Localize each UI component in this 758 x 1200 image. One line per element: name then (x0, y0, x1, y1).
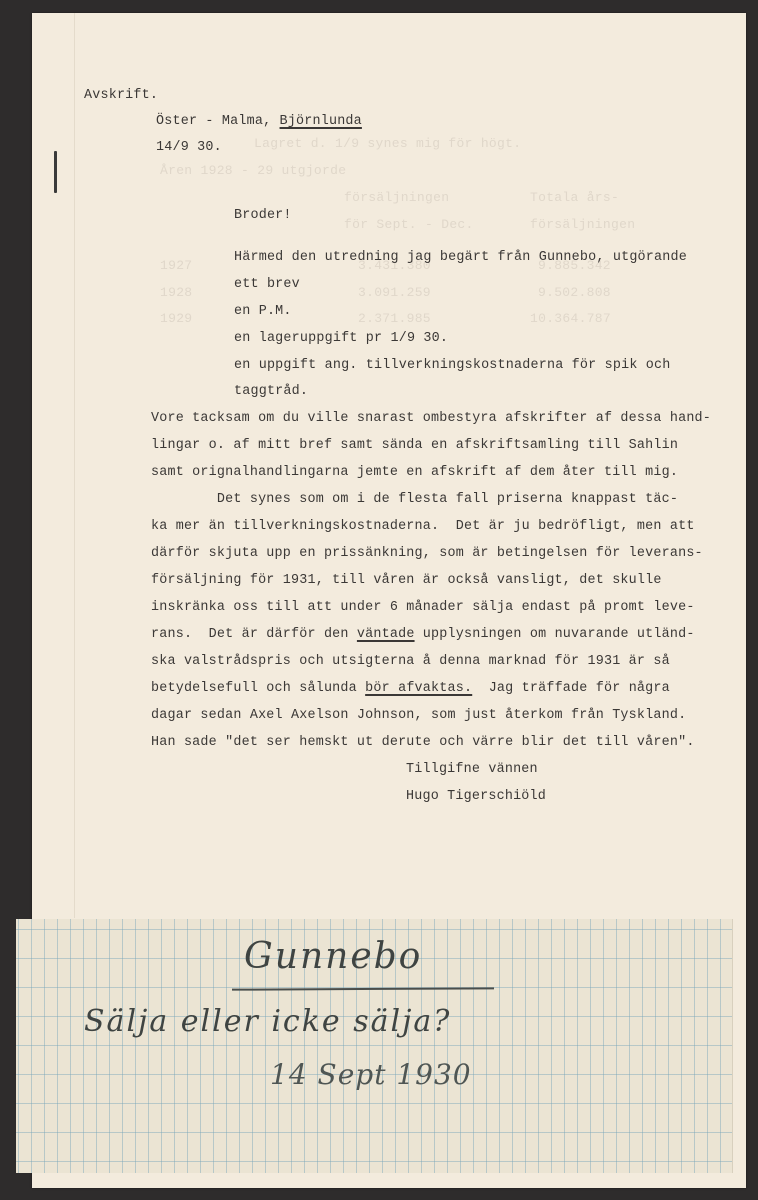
bleed-through-year: 1929 (160, 311, 192, 326)
bleed-through-header: försäljningen (344, 190, 449, 205)
paragraph-line: samt orignalhandlingarna jemte en afskri… (151, 465, 678, 481)
bleed-through-value: 9.502.808 (538, 285, 611, 300)
paragraph-line: ska valstrådspris och utsigterna å denna… (151, 654, 670, 670)
bleed-through-year: 1928 (160, 285, 192, 300)
margin-mark (54, 151, 57, 193)
paper-fold-line (74, 13, 75, 918)
paragraph-line: ka mer än tillverkningskostnaderna. Det … (151, 519, 695, 535)
place-line: Öster - Malma, Björnlunda (156, 114, 362, 130)
enclosure-item: taggtråd. (234, 384, 308, 400)
bleed-through-year: 1927 (160, 258, 192, 273)
bleed-through-value: 10.364.787 (530, 311, 611, 326)
enclosures-intro: Härmed den utredning jag begärt från Gun… (234, 250, 687, 266)
underlined-phrase: bör afvaktas. (365, 681, 472, 696)
place: Öster - Malma, (156, 114, 280, 129)
paragraph-line: försäljning för 1931, till våren är ocks… (151, 573, 662, 589)
note-question: Sälja eller icke sälja? (84, 1004, 451, 1039)
note-date: 14 Sept 1930 (270, 1058, 472, 1091)
letter-date: 14/9 30. (156, 140, 222, 156)
note-title: Gunnebo (244, 936, 422, 977)
enclosure-item: en lageruppgift pr 1/9 30. (234, 331, 448, 347)
underlined-word: väntade (357, 627, 415, 642)
bleed-through-value: 2.371.985 (358, 311, 431, 326)
bleed-through-header: Totala års- (530, 190, 619, 205)
enclosure-item: ett brev (234, 277, 300, 293)
salutation: Broder! (234, 208, 292, 224)
enclosure-item: en P.M. (234, 304, 292, 320)
text-segment: betydelsefull och sålunda (151, 681, 365, 696)
paragraph-line: dagar sedan Axel Axelson Johnson, som ju… (151, 708, 686, 724)
paragraph-line: betydelsefull och sålunda bör afvaktas. … (151, 681, 670, 697)
text-segment: Jag träffade för några (472, 681, 670, 696)
paragraph-line: lingar o. af mitt bref samt sända en afs… (151, 438, 678, 454)
text-segment: upplysningen om nuvarande utländ- (415, 627, 695, 642)
bleed-through-header: för Sept. - Dec. (344, 217, 474, 232)
bleed-through-line: Lagret d. 1/9 synes mig för högt. (254, 136, 521, 151)
signature: Hugo Tigerschiöld (406, 789, 546, 805)
paragraph-line: därför skjuta upp en prissänkning, som ä… (151, 546, 703, 562)
closing: Tillgifne vännen (406, 762, 538, 778)
document-header-label: Avskrift. (84, 88, 158, 104)
place-underlined: Björnlunda (280, 114, 362, 129)
enclosure-item: en uppgift ang. tillverkningskostnaderna… (234, 358, 671, 374)
bleed-through-value: 3.091.259 (358, 285, 431, 300)
bleed-through-header: försäljningen (530, 217, 635, 232)
paragraph-line: rans. Det är därför den väntade upplysni… (151, 627, 695, 643)
paragraph-line: Det synes som om i de flesta fall priser… (151, 492, 678, 508)
paragraph-line: Han sade "det ser hemskt ut derute och v… (151, 735, 695, 751)
bleed-through-line: Åren 1928 - 29 utgjorde (160, 163, 346, 178)
text-segment: rans. Det är därför den (151, 627, 357, 642)
paragraph-line: inskränka oss till att under 6 månader s… (151, 600, 695, 616)
paragraph-line: Vore tacksam om du ville snarast ombesty… (151, 411, 711, 427)
